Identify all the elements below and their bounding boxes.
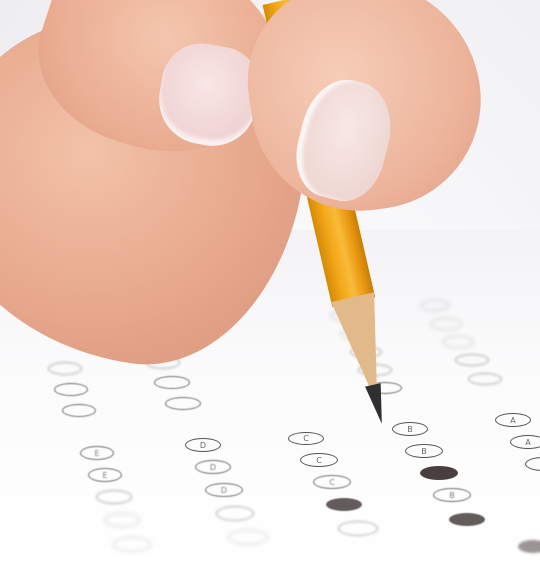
answer-bubble xyxy=(104,513,140,527)
answer-bubble xyxy=(430,318,462,330)
answer-bubble xyxy=(455,354,489,366)
answer-bubble: E xyxy=(80,446,114,460)
answer-bubble: C xyxy=(288,432,324,445)
answer-bubble xyxy=(54,383,88,396)
answer-bubble xyxy=(96,490,132,504)
answer-bubble xyxy=(113,537,151,552)
answer-bubble xyxy=(442,336,474,348)
answer-bubble: C xyxy=(313,475,351,489)
answer-bubble: E xyxy=(88,468,122,482)
answer-bubble: B xyxy=(433,488,471,502)
answer-bubble: D xyxy=(195,460,231,474)
photo-scene: EEDDDCCCBBBAAA xyxy=(0,0,540,570)
filled-answer-bubble xyxy=(449,513,485,526)
answer-bubble: D xyxy=(205,483,243,497)
answer-bubble xyxy=(420,300,450,311)
answer-bubble: A xyxy=(510,435,540,449)
answer-bubble xyxy=(468,373,502,385)
answer-bubble xyxy=(338,521,378,536)
answer-bubble: C xyxy=(300,453,338,467)
answer-bubble xyxy=(165,397,201,410)
filled-answer-bubble xyxy=(326,498,362,511)
answer-bubble xyxy=(228,530,268,545)
answer-bubble: A xyxy=(495,413,531,427)
answer-bubble xyxy=(154,376,190,389)
answer-bubble: B xyxy=(405,444,443,458)
filled-answer-bubble xyxy=(420,466,458,480)
answer-bubble: D xyxy=(185,438,221,452)
answer-bubble xyxy=(216,506,254,521)
answer-bubble xyxy=(48,362,82,375)
answer-bubble xyxy=(62,404,96,417)
filled-answer-bubble xyxy=(518,540,540,553)
